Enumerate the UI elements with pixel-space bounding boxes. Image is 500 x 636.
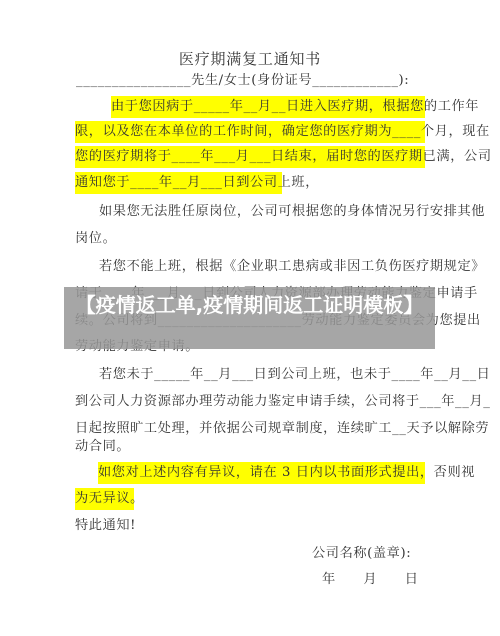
paragraph-5-line-1: 如您对上述内容有异议，请在 3 日内以书面形式提出，否则视 — [98, 462, 425, 484]
paragraph-4-line-1: 若您未于_____年__月___日到公司上班，也未于____年__月__日 — [99, 364, 490, 386]
banner-title: 【疫情返工单,疫情期间返工证明模板】 — [64, 287, 435, 317]
paragraph-1-line-1: 由于您因病于_____年__月__日进入医疗期，根据您的工作年 — [111, 96, 425, 118]
paragraph-5-line-2: 为无异议。 — [75, 488, 134, 510]
salutation-suffix: ): — [399, 73, 410, 88]
salutation-text: 先生/女士(身份证号 — [191, 73, 312, 88]
paragraph-4-line-2: 到公司人力资源部办理劳动能力鉴定申请手续，公司将于___年__月_ — [75, 391, 490, 413]
id-number-blank: ____________ — [312, 73, 398, 88]
paragraph-1-line-3: 您的医疗期将于____年___月___日结束，届时您的医疗期已满，公司 — [75, 146, 425, 168]
paragraph-1-line-2: 限，以及您在本单位的工作时间，确定您的医疗期为____个月，现在 — [75, 121, 425, 143]
paragraph-3-line-1: 若您不能上班，根据《企业职工患病或非因工负伤医疗期规定》 — [99, 256, 485, 278]
company-name-seal-label: 公司名称(盖章): — [312, 543, 411, 565]
paragraph-2-line-1: 如果您无法胜任原岗位，公司可根据您的身体情况另行安排其他 — [99, 201, 485, 223]
paragraph-1-line-4: 通知您于____年__月___日到公司上班， — [75, 172, 282, 194]
paragraph-4-line-3: 日起按照旷工处理，并依据公司规章制度，连续旷工__天予以解除劳 — [75, 418, 489, 440]
salutation-line: ________________先生/女士(身份证号____________): — [76, 70, 409, 92]
document-title: 医疗期满复工通知书 — [0, 48, 500, 69]
closing-text: 特此通知! — [75, 515, 136, 537]
paragraph-4-line-4: 动合同。 — [75, 436, 130, 458]
name-blank: ________________ — [76, 73, 191, 88]
paragraph-2-line-2: 岗位。 — [75, 228, 116, 250]
signature-date: 年 月 日 — [322, 569, 419, 591]
document-page: 医疗期满复工通知书 ________________先生/女士(身份证号____… — [0, 0, 500, 636]
